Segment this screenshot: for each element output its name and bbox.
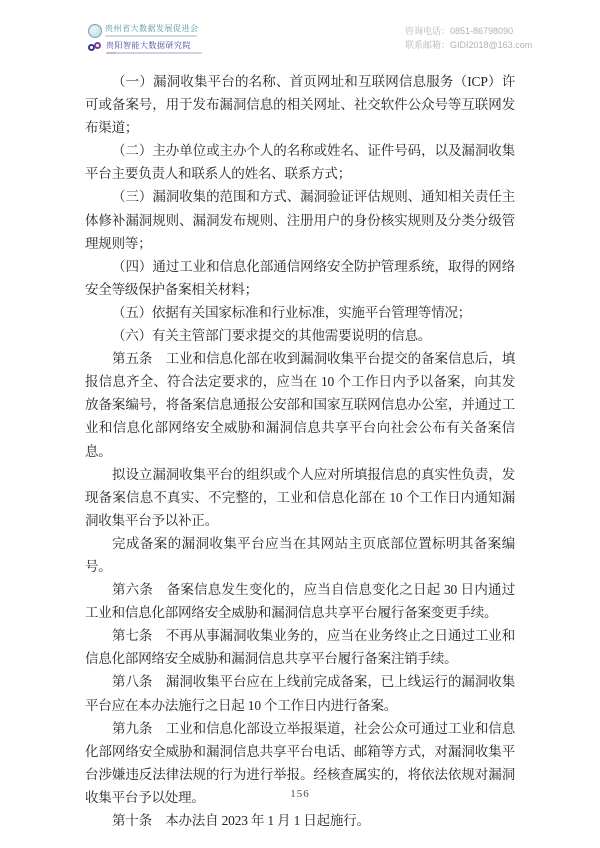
contact-info: 咨询电话：0851-86798090 联系邮箱：GIDI2018@163.com [405,24,532,52]
paragraph-article-5-cont-2: 完成备案的漏洞收集平台应当在其网站主页底部位置标明其备案编号。 [85,532,515,578]
paragraph-article-8: 第八条 漏洞收集平台应在上线前完成备案，已上线运行的漏洞收集平台应在本办法施行之… [85,670,515,716]
institute-logo-subtext-line [106,52,202,54]
page-number: 156 [0,788,600,800]
contact-phone-label: 咨询电话： [405,26,450,36]
header-logo-block: 贵州省大数据发展促进会 贵阳智能大数据研究院 [88,24,202,57]
association-logo-subtext-line [105,35,197,37]
document-body: （一）漏洞收集平台的名称、首页网址和互联网信息服务（ICP）许可或备案号，用于发… [85,70,515,832]
contact-phone-line: 咨询电话：0851-86798090 [405,24,532,38]
paragraph-article-7: 第七条 不再从事漏洞收集业务的，应当在业务终止之日通过工业和信息化部网络安全威胁… [85,624,515,670]
paragraph-article-5-cont-1: 拟设立漏洞收集平台的组织或个人应对所填报信息的真实性负责，发现备案信息不真实、不… [85,463,515,532]
paragraph-item-2: （二）主办单位或主办个人的名称或姓名、证件号码，以及漏洞收集平台主要负责人和联系… [85,139,515,185]
institute-logo-text: 贵阳智能大数据研究院 [106,41,202,50]
association-logo: 贵州省大数据发展促进会 [88,24,202,38]
association-globe-icon [88,24,102,38]
paragraph-item-4: （四）通过工业和信息化部通信网络安全防护管理系统，取得的网络安全等级保护备案相关… [85,255,515,301]
paragraph-item-6: （六）有关主管部门要求提交的其他需要说明的信息。 [85,324,515,347]
paragraph-item-1: （一）漏洞收集平台的名称、首页网址和互联网信息服务（ICP）许可或备案号，用于发… [85,70,515,139]
paragraph-article-10: 第十条 本办法自 2023 年 1 月 1 日起施行。 [85,809,515,832]
association-logo-text: 贵州省大数据发展促进会 [105,24,199,33]
institute-rings-icon [88,42,103,53]
paragraph-item-5: （五）依据有关国家标准和行业标准，实施平台管理等情况； [85,301,515,324]
paragraph-item-3: （三）漏洞收集的范围和方式、漏洞验证评估规则、通知相关责任主体修补漏洞规则、漏洞… [85,185,515,254]
document-page: 贵州省大数据发展促进会 贵阳智能大数据研究院 咨询电话：0851-8679809… [0,0,600,848]
contact-email-label: 联系邮箱： [405,40,450,50]
contact-email-line: 联系邮箱：GIDI2018@163.com [405,38,532,52]
paragraph-article-5: 第五条 工业和信息化部在收到漏洞收集平台提交的备案信息后，填报信息齐全、符合法定… [85,347,515,462]
contact-email-value: GIDI2018@163.com [450,40,532,50]
paragraph-article-6: 第六条 备案信息发生变化的，应当自信息变化之日起 30 日内通过工业和信息化部网… [85,578,515,624]
institute-logo: 贵阳智能大数据研究院 [88,41,202,54]
contact-phone-value: 0851-86798090 [450,26,513,36]
